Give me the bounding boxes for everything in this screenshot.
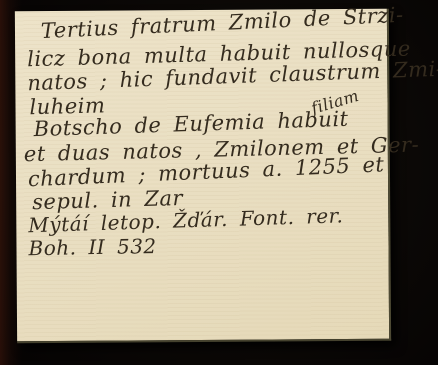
handwritten-line-1: Tertius fratrum Zmilo de Strzi- (40, 3, 404, 43)
citation-line-2: Boh. II 532 (28, 234, 157, 260)
index-card: Tertius fratrum Zmilo de Strzi- licz bon… (15, 9, 391, 344)
photo-background: Tertius fratrum Zmilo de Strzi- licz bon… (0, 0, 438, 365)
